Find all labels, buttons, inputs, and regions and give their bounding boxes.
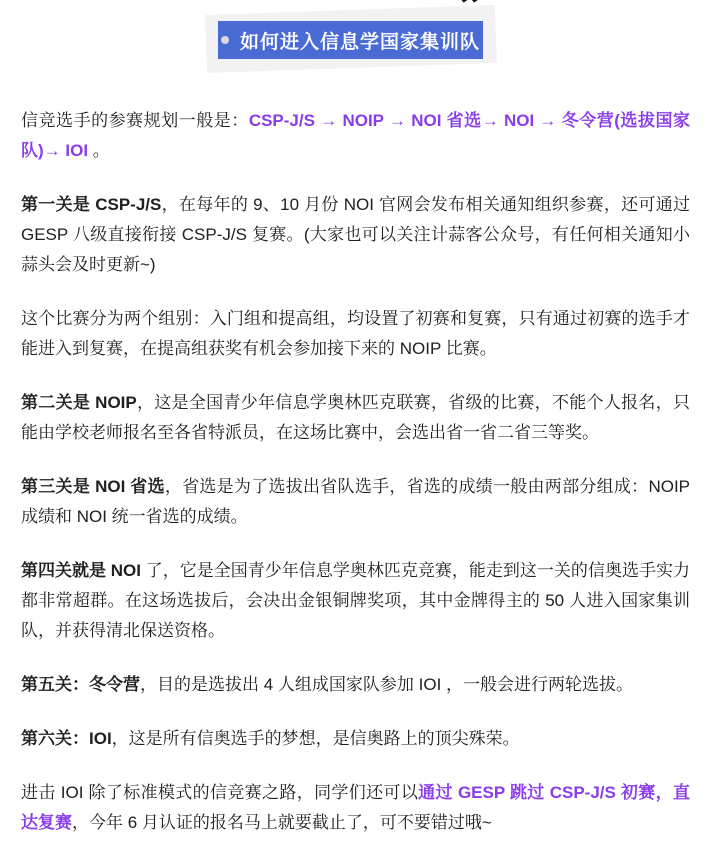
text-segment: 第五关：冬令营 (21, 675, 140, 694)
text-segment: 第三关是 NOI 省选 (21, 477, 165, 496)
paragraph: 第六关：IOI，这是所有信奥选手的梦想，是信奥路上的顶尖殊荣。 (21, 724, 690, 754)
text-segment: 。 (88, 141, 110, 160)
text-segment: 这个比赛分为两个组别：入门组和提高组，均设置了初赛和复赛，只有通过初赛的选手才能… (21, 309, 690, 358)
article-page: ” 如何进入信息学国家集训队 信竞选手的参赛规划一般是：CSP-J/S → NO… (0, 0, 711, 841)
paragraph: 第二关是 NOIP，这是全国青少年信息学奥林匹克联赛，省级的比赛，不能个人报名，… (21, 388, 690, 448)
text-segment: 信竞选手的参赛规划一般是： (21, 111, 249, 130)
text-segment: ，这是所有信奥选手的梦想，是信奥路上的顶尖殊荣。 (112, 729, 520, 748)
text-segment: ，目的是选拔出 4 人组成国家队参加 IOI ，一般会进行两轮选拔。 (140, 675, 633, 694)
text-segment: ，今年 6 月认证的报名马上就要截止了，可不要错过哦~ (72, 813, 492, 832)
paragraph: 第三关是 NOI 省选，省选是为了选拔出省队选手，省选的成绩一般由两部分组成：N… (21, 472, 690, 532)
text-segment: 第一关是 CSP-J/S (21, 195, 161, 214)
text-segment: 第二关是 NOIP (21, 393, 137, 412)
section-title-badge: 如何进入信息学国家集训队 (218, 21, 483, 59)
bullet-icon (221, 36, 229, 44)
paragraph: 进击 IOI 除了标准模式的信竞赛之路，同学们还可以通过 GESP 跳过 CSP… (21, 778, 690, 838)
text-segment: 第六关：IOI (21, 729, 112, 748)
text-segment: 第四关就是 NOI (21, 561, 141, 580)
paragraph: 第四关就是 NOI 了，它是全国青少年信息学奥林匹克竞赛，能走到这一关的信奥选手… (21, 556, 690, 646)
paragraph: 第一关是 CSP-J/S，在每年的 9、10 月份 NOI 官网会发布相关通知组… (21, 190, 690, 280)
article-header: ” 如何进入信息学国家集训队 (0, 0, 711, 106)
paragraph: 信竞选手的参赛规划一般是：CSP-J/S → NOIP → NOI 省选→ NO… (21, 106, 690, 166)
paragraph: 第五关：冬令营，目的是选拔出 4 人组成国家队参加 IOI ，一般会进行两轮选拔… (21, 670, 690, 700)
text-segment: 进击 IOI 除了标准模式的信竞赛之路，同学们还可以 (21, 783, 418, 802)
paragraph: 这个比赛分为两个组别：入门组和提高组，均设置了初赛和复赛，只有通过初赛的选手才能… (21, 304, 690, 364)
article-body: 信竞选手的参赛规划一般是：CSP-J/S → NOIP → NOI 省选→ NO… (0, 106, 711, 838)
section-title: 如何进入信息学国家集训队 (240, 27, 480, 54)
